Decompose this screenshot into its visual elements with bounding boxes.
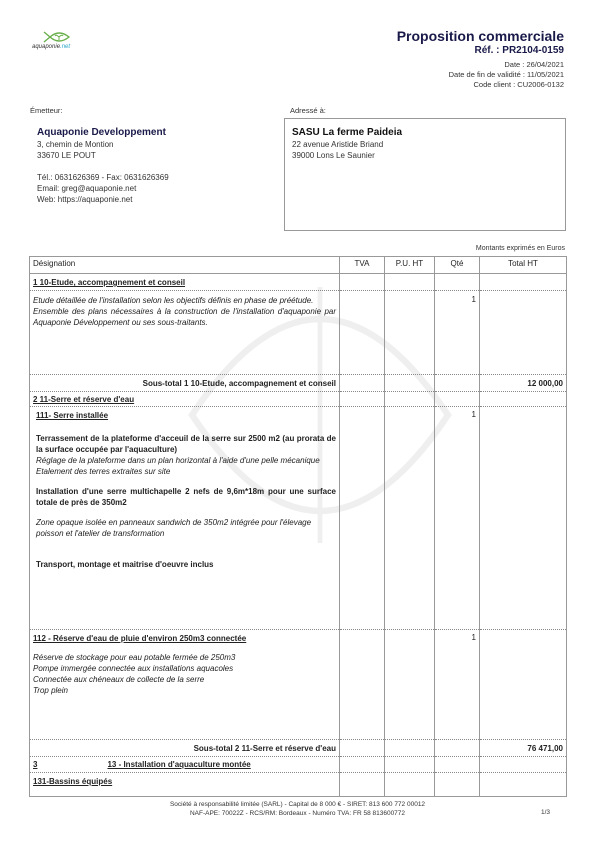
recipient-label: Adressé à: <box>290 106 326 115</box>
section-number: 3 <box>33 760 37 769</box>
item-desc-line: Réglage de la plateforme dans un plan ho… <box>36 455 336 466</box>
table-header: Désignation TVA P.U. HT Qté Total HT <box>30 257 567 274</box>
sender-address-1: 3, chemin de Montion <box>37 139 280 150</box>
header-total-ht: Total HT <box>480 257 567 274</box>
footer-line-2: NAF-APE: 70022Z - RCS/RM: Bordeaux - Num… <box>0 809 595 818</box>
section-row: 1 10-Etude, accompagnement et conseil <box>30 274 567 291</box>
section-row: 313 - Installation d'aquaculture montée <box>30 757 567 773</box>
document-title: Proposition commerciale <box>397 28 564 44</box>
sender-block: Aquaponie Developpement 3, chemin de Mon… <box>30 118 280 216</box>
item-desc-line: Réserve de stockage pour eau potable fer… <box>33 652 336 663</box>
item-desc-line: Ensemble des plans nécessaires à la cons… <box>33 306 336 328</box>
client-code: Code client : CU2006-0132 <box>474 80 564 89</box>
recipient-address-2: 39000 Lons Le Saunier <box>292 150 565 161</box>
sender-label: Émetteur: <box>30 106 63 115</box>
recipient-block: SASU La ferme Paideia 22 avenue Aristide… <box>284 118 566 231</box>
item-desc-line: Terrassement de la plateforme d'acceuil … <box>36 433 336 455</box>
item-desc-line: Zone opaque isolée en panneaux sandwich … <box>36 517 336 539</box>
item-desc-line: Etalement des terres extraites sur site <box>36 466 336 477</box>
table-row: 112 - Réserve d'eau de pluie d'environ 2… <box>30 630 567 740</box>
subtotal-label: Sous-total 1 10-Etude, accompagnement et… <box>30 375 340 392</box>
table-row: Etude détaillée de l'installation selon … <box>30 291 567 375</box>
item-qty: 1 <box>435 291 480 375</box>
subtotal-value: 76 471,00 <box>480 740 567 757</box>
item-qty: 1 <box>435 407 480 630</box>
currency-note: Montants exprimés en Euros <box>476 245 565 252</box>
recipient-address-1: 22 avenue Aristide Briand <box>292 139 565 150</box>
item-qty: 1 <box>435 630 480 740</box>
company-logo: aquaponie.net <box>30 30 90 54</box>
footer-legal: Société à responsabilité limitée (SARL) … <box>0 800 595 818</box>
item-title: 111- Serre installée <box>36 410 336 421</box>
header-qty: Qté <box>435 257 480 274</box>
item-desc-line: Etude détaillée de l'installation selon … <box>33 295 336 306</box>
subtotal-row: Sous-total 1 10-Etude, accompagnement et… <box>30 375 567 392</box>
header-tva: TVA <box>340 257 385 274</box>
subtotal-label: Sous-total 2 11-Serre et réserve d'eau <box>30 740 340 757</box>
item-desc-line: Transport, montage et maitrise d'oeuvre … <box>36 559 336 570</box>
sender-web[interactable]: Web: https://aquaponie.net <box>37 194 280 205</box>
items-table: Désignation TVA P.U. HT Qté Total HT 1 1… <box>29 256 567 797</box>
item-desc-line: Connectée aux chéneaux de collecte de la… <box>33 674 336 685</box>
table-row: 111- Serre installée Terrassement de la … <box>30 407 567 630</box>
document-date: Date : 26/04/2021 <box>504 60 564 69</box>
subtotal-value: 12 000,00 <box>480 375 567 392</box>
logo-text: aquaponie.net <box>32 44 70 50</box>
document-reference: Réf. : PR2104-0159 <box>475 45 565 56</box>
section-title: 313 - Installation d'aquaculture montée <box>30 757 340 773</box>
page-number: 1/3 <box>541 809 550 816</box>
validity-date: Date de fin de validité : 11/05/2021 <box>449 70 564 79</box>
item-title: 131-Bassins équipés <box>30 773 340 797</box>
section-row: 2 11-Serre et réserve d'eau <box>30 392 567 407</box>
section-title: 2 11-Serre et réserve d'eau <box>30 392 340 407</box>
item-desc-line: Pompe immergée connectée aux installatio… <box>33 663 336 674</box>
item-description: 111- Serre installée Terrassement de la … <box>30 407 340 630</box>
fish-leaf-icon <box>42 30 72 44</box>
item-description: 112 - Réserve d'eau de pluie d'environ 2… <box>30 630 340 740</box>
item-description: Etude détaillée de l'installation selon … <box>30 291 340 375</box>
recipient-name: SASU La ferme Paideia <box>292 127 565 138</box>
sender-email[interactable]: Email: greg@aquaponie.net <box>37 183 280 194</box>
sender-name: Aquaponie Developpement <box>37 127 280 138</box>
item-desc-line: Trop plein <box>33 685 336 696</box>
header-designation: Désignation <box>30 257 340 274</box>
sender-phone-fax: Tél.: 0631626369 - Fax: 0631626369 <box>37 172 280 183</box>
section-name: 13 - Installation d'aquaculture montée <box>107 760 250 769</box>
table-row: 131-Bassins équipés <box>30 773 567 797</box>
item-desc-line: Installation d'une serre multichapelle 2… <box>36 486 336 508</box>
sender-address-2: 33670 LE POUT <box>37 150 280 161</box>
footer-line-1: Société à responsabilité limitée (SARL) … <box>0 800 595 809</box>
subtotal-row: Sous-total 2 11-Serre et réserve d'eau 7… <box>30 740 567 757</box>
header-pu-ht: P.U. HT <box>385 257 435 274</box>
item-title: 112 - Réserve d'eau de pluie d'environ 2… <box>33 633 336 644</box>
section-title: 1 10-Etude, accompagnement et conseil <box>30 274 340 291</box>
